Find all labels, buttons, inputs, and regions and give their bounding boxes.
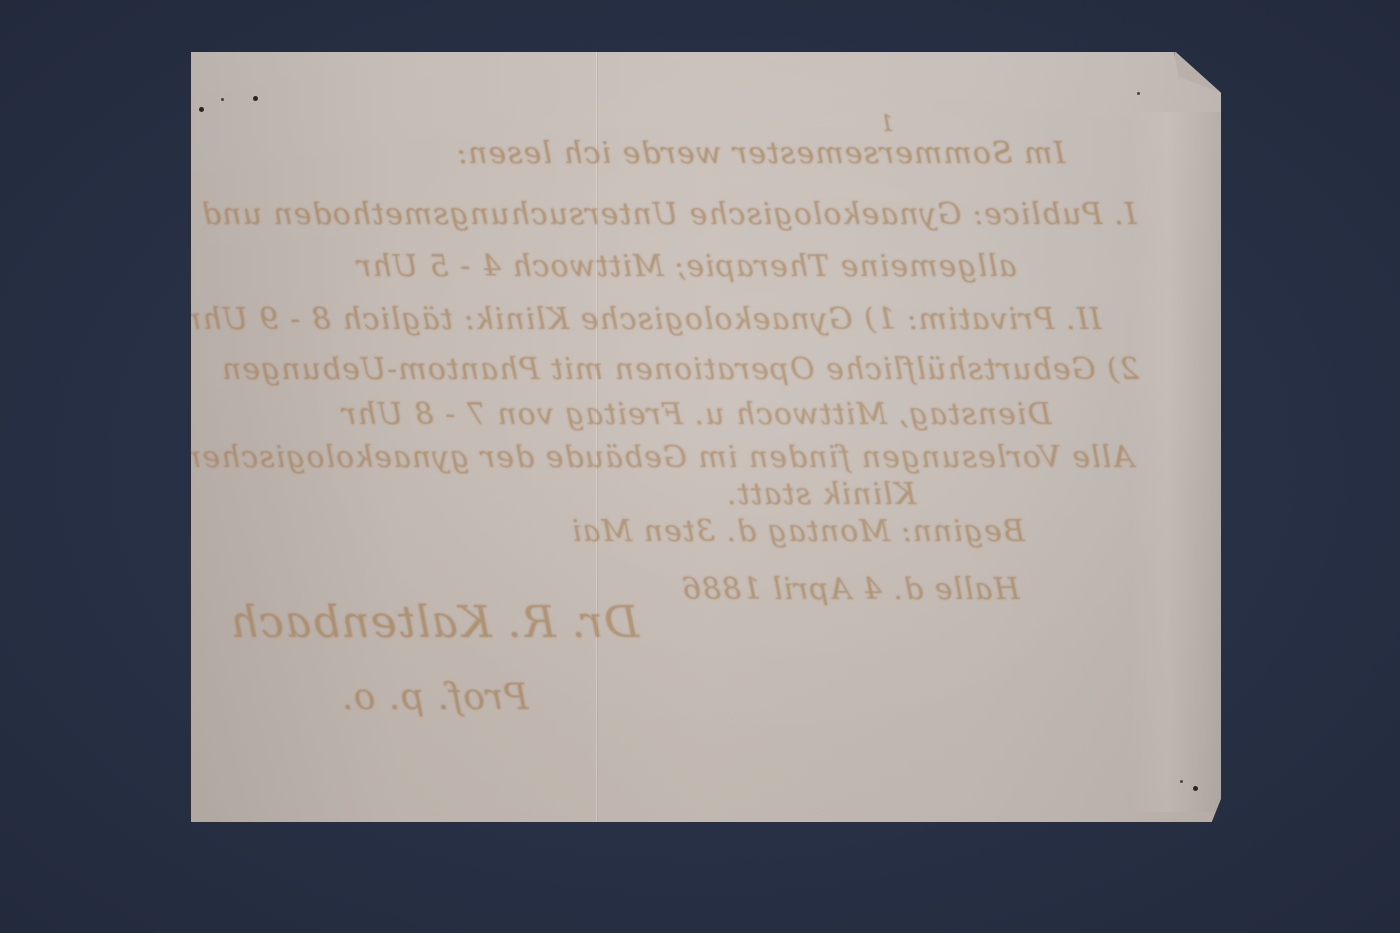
pinhole-top-left [199, 107, 204, 112]
signature-title: Prof. p. o. [341, 677, 528, 718]
pinhole-bottom-left-2 [164, 802, 167, 805]
document-line: II. Privatim: 1) Gynaekologische Klinik:… [186, 302, 1101, 337]
pinhole-top-left-3 [253, 96, 258, 101]
pinhole-top-right [1137, 92, 1140, 95]
pinhole-top-left-2 [221, 98, 224, 101]
pinhole-bottom-right-2 [1193, 786, 1198, 791]
pinhole-bottom-left [177, 790, 182, 795]
document-line: Halle d. 4 April 1886 [681, 572, 1020, 607]
document-sheet: 1 Im Sommersemester werde ich lesen: I. … [191, 52, 1221, 822]
document-line: allgemeine Therapie; Mittwoch 4 - 5 Uhr [356, 249, 1017, 284]
document-line: Alle Vorlesungen finden im Gebäude der g… [181, 440, 1134, 475]
document-line: Klinik statt. [726, 477, 916, 512]
folded-corner [1174, 52, 1221, 93]
pinhole-bottom-right [1180, 780, 1183, 783]
page-number: 1 [879, 112, 894, 137]
document-line: 2) Geburtshülfliche Operationen mit Phan… [221, 352, 1139, 387]
document-line: Dienstag, Mittwoch u. Freitag von 7 - 8 … [341, 397, 1051, 432]
signature-name: Dr. R. Kaltenbach [229, 597, 639, 648]
paper-edge-shading [1131, 112, 1221, 812]
document-line: I. Publice: Gynaekologische Untersuchung… [201, 197, 1137, 232]
document-line: Im Sommersemester werde ich lesen: [456, 136, 1065, 171]
document-line: Beginn: Montag d. 3ten Mai [571, 514, 1025, 549]
